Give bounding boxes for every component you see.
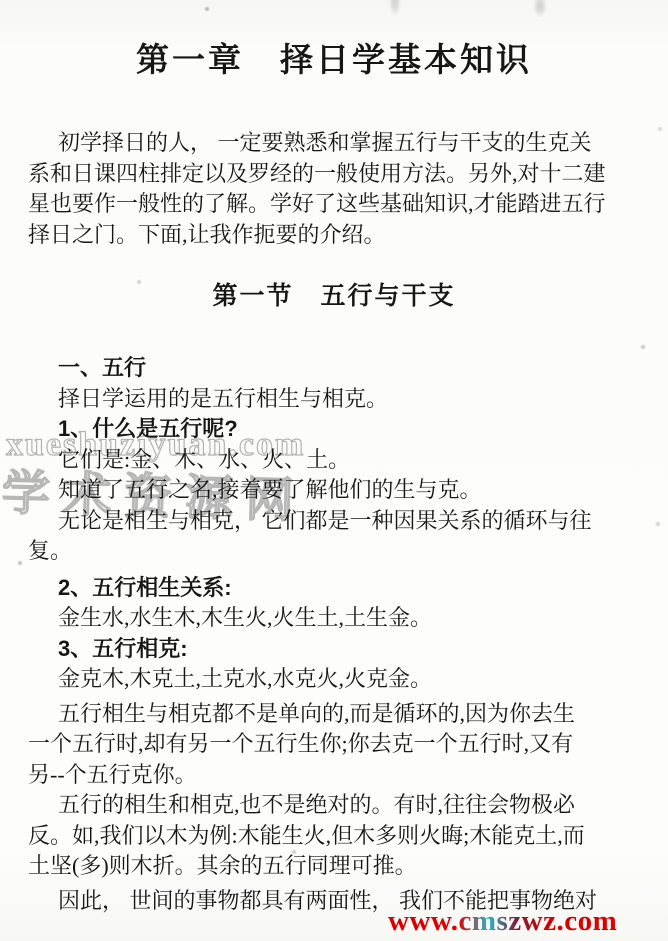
text-line: 知道了五行之名,接着要了解他们的生与克。 bbox=[28, 475, 640, 506]
watermark-red-url: www.cmszwz.com bbox=[388, 905, 617, 938]
page-content: 初学择日的人， 一定要熟悉和掌握五行与干支的生克关 系和日课四柱排定以及罗经的一… bbox=[28, 128, 640, 916]
printed-text-layer: 第一章 择日学基本知识 初学择日的人， 一定要熟悉和掌握五行与干支的生克关 系和… bbox=[0, 36, 668, 916]
subheading-generating-relations: 2、五行相生关系: bbox=[28, 573, 640, 604]
subheading-five-elements: 一、五行 bbox=[28, 353, 640, 384]
subheading-overcoming-relations: 3、五行相克: bbox=[28, 634, 640, 665]
subheading-what-are-five-elements: 1、什么是五行呢? bbox=[28, 414, 640, 445]
text-line: 它们是:金、木、水、火、土。 bbox=[28, 445, 640, 476]
text-line: 金克木,木克土,土克水,水克火,火克金。 bbox=[28, 664, 640, 695]
text-line: 择日学运用的是五行相生与相克。 bbox=[28, 384, 640, 415]
paragraph: 无论是相生与相克， 它们都是一种因果关系的循环与往 复。 bbox=[28, 506, 640, 567]
intro-paragraph: 初学择日的人， 一定要熟悉和掌握五行与干支的生克关 系和日课四柱排定以及罗经的一… bbox=[28, 128, 640, 250]
paragraph: 五行的相生和相克,也不是绝对的。有时,往往会物极必 反。如,我们以木为例:木能生… bbox=[28, 790, 640, 882]
section-title: 第一节 五行与干支 bbox=[56, 280, 612, 312]
text-line: 金生水,水生木,木生火,火生土,土生金。 bbox=[28, 603, 640, 634]
chapter-title: 第一章 择日学基本知识 bbox=[28, 36, 640, 84]
paragraph: 五行相生与相克都不是单向的,而是循环的,因为你去生 一个五行时,却有另一个五行生… bbox=[28, 699, 640, 791]
scanned-book-page: xueshuziyuan.com 学术资源网 第一章 择日学基本知识 初学择日的… bbox=[0, 0, 668, 941]
